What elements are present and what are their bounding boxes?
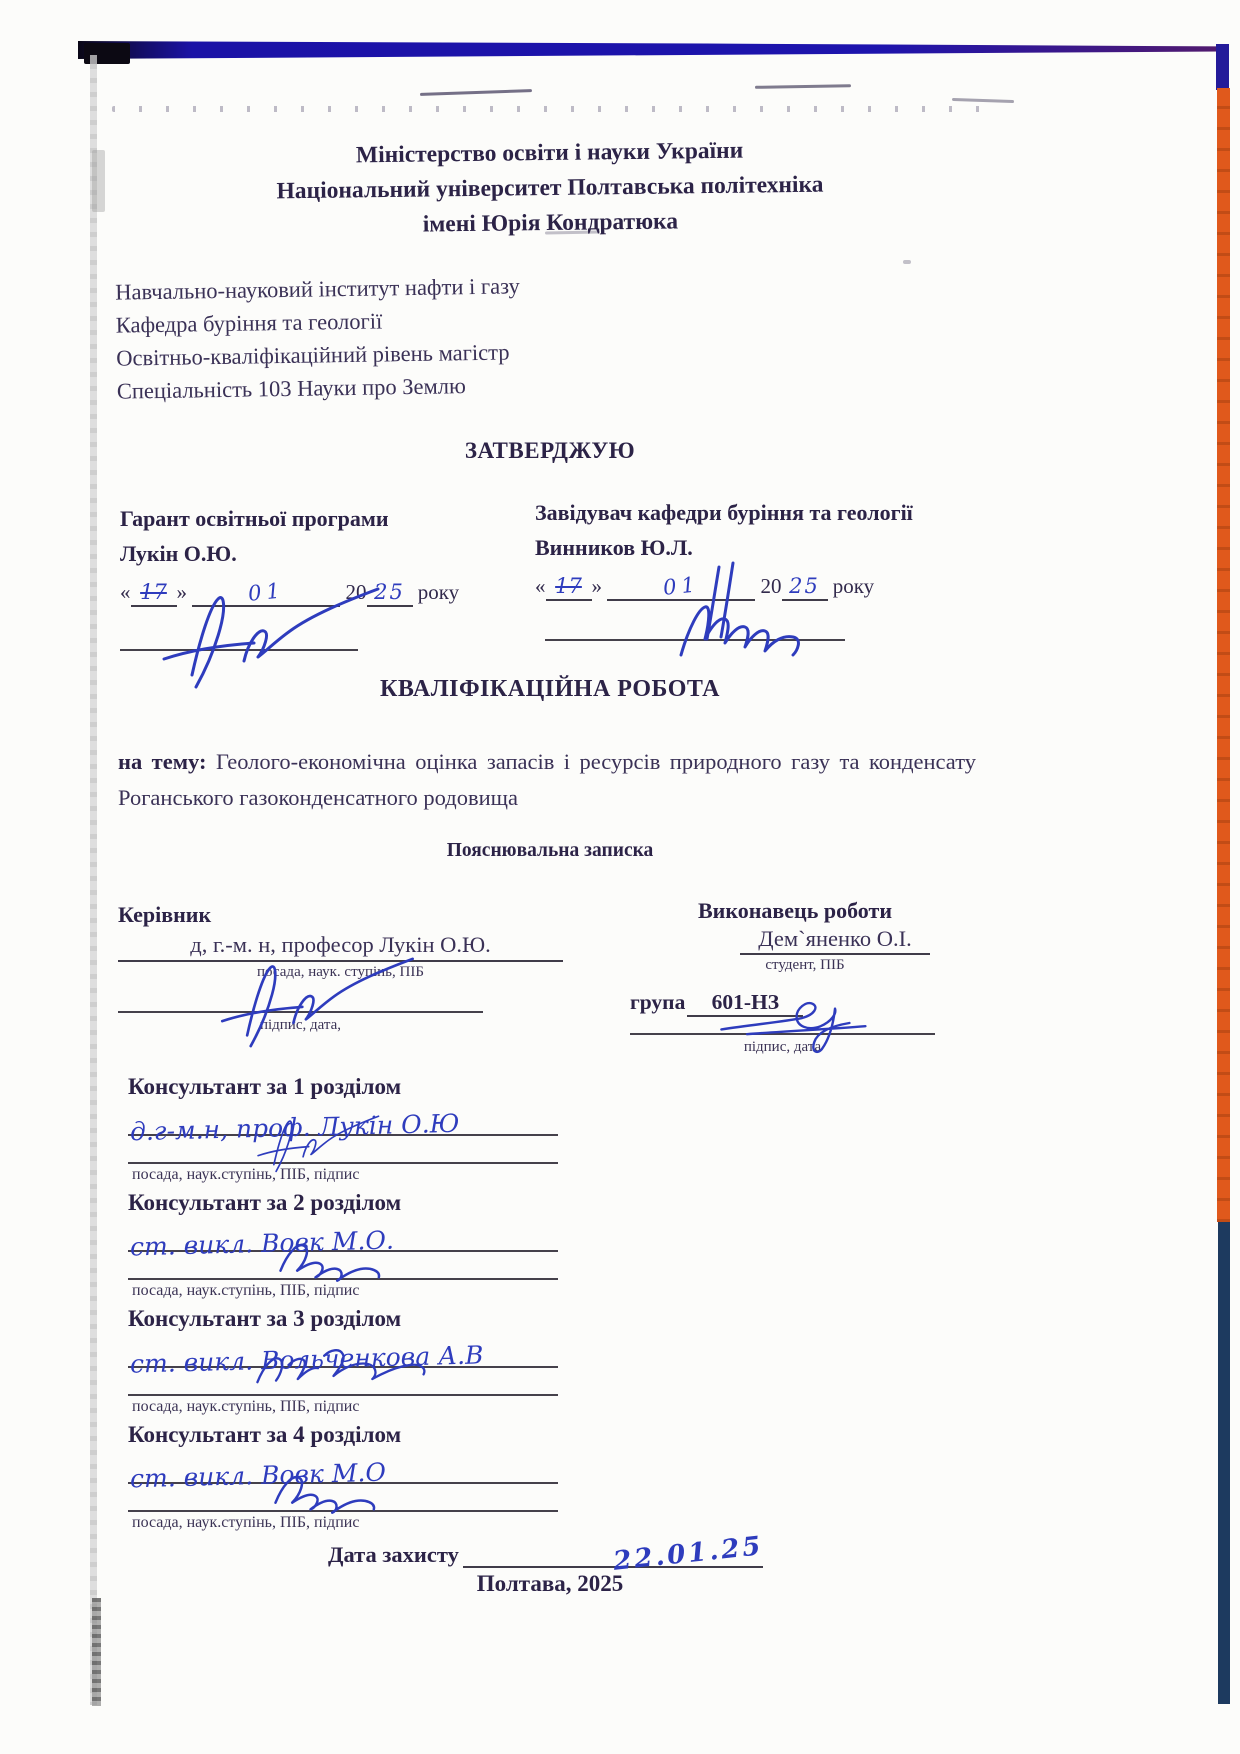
- quote-open: «: [535, 574, 546, 598]
- theme-text: Геолого-економічна оцінка запасів і ресу…: [118, 749, 976, 810]
- defense-date-label: Дата захисту: [328, 1542, 459, 1568]
- scan-noise-ticks: [112, 106, 992, 112]
- consultant-2-label: Консультант за 2 розділом: [128, 1188, 558, 1218]
- institute-info: Навчально-науковий інститут нафти і газу…: [115, 264, 837, 407]
- handwritten-defense-date: 22.01.25: [612, 1531, 765, 1577]
- theme-label: на тему:: [118, 749, 206, 774]
- scan-right-strip-blue: [1216, 44, 1229, 90]
- consultant-1-signature: [228, 1114, 403, 1168]
- year-word: року: [833, 574, 874, 598]
- guarantor-signature-line: [120, 649, 358, 651]
- guarantor-title: Гарант освітньої програми: [120, 506, 520, 532]
- executor-label: Виконавець роботи: [630, 898, 960, 924]
- consultant-1-block: Консультант за 1 розділом д.г-м.н, проф.…: [128, 1072, 558, 1185]
- department-head-block: Завідувач кафедри буріння та геології Ви…: [535, 500, 995, 641]
- consultant-2-signature: [263, 1234, 403, 1284]
- consultants-section: Консультант за 1 розділом д.г-м.н, проф.…: [128, 1060, 558, 1536]
- executor-block: Виконавець роботи Дем`яненко О.І. студен…: [630, 898, 960, 1056]
- city-year-footer: Полтава, 2025: [60, 1571, 1040, 1597]
- work-title: КВАЛІФІКАЦІЙНА РОБОТА: [60, 676, 1040, 703]
- department-head-signature-line: [545, 639, 845, 641]
- scan-smudge: [903, 260, 911, 264]
- year-word: року: [418, 580, 459, 604]
- executor-signature: [705, 991, 885, 1055]
- scan-right-strip-navy: [1218, 1222, 1230, 1704]
- consultant-3-signature: [223, 1334, 458, 1400]
- consultant-1-label: Консультант за 1 розділом: [128, 1072, 558, 1102]
- scanned-title-page: Міністерство освіти і науки України Наці…: [0, 0, 1240, 1754]
- scan-top-bar-artifact: [78, 41, 1220, 59]
- guarantor-signature: [148, 585, 384, 681]
- executor-signature-line: [630, 1033, 935, 1035]
- consultant-4-signature-line: [128, 1484, 558, 1512]
- scan-right-strip-orange: [1217, 88, 1230, 1222]
- consultant-4-label: Консультант за 4 розділом: [128, 1420, 558, 1450]
- theme-paragraph: на тему: Геолого-економічна оцінка запас…: [118, 744, 976, 816]
- supervisor-signature-line: [118, 1011, 483, 1013]
- quote-open: «: [120, 580, 131, 604]
- approve-heading: ЗАТВЕРДЖУЮ: [60, 438, 1040, 464]
- consultant-4-block: Консультант за 4 розділом ст. викл. Вовк…: [128, 1420, 558, 1533]
- consultant-4-signature: [258, 1466, 398, 1516]
- document-header: Міністерство освіти і науки України Наці…: [59, 130, 1040, 247]
- scan-smudge: [952, 98, 1014, 103]
- department-head-title: Завідувач кафедри буріння та геології: [535, 500, 995, 526]
- guarantor-block: Гарант освітньої програми Лукін О.Ю. «17…: [120, 506, 520, 651]
- consultant-2-block: Консультант за 2 розділом ст. викл. Вовк…: [128, 1188, 558, 1301]
- supervisor-signature: [208, 955, 418, 1041]
- department-head-signature: [655, 561, 825, 671]
- group-label: група: [630, 990, 685, 1014]
- defense-date-row: Дата захисту 22.01.25: [328, 1538, 763, 1568]
- guarantor-name: Лукін О.Ю.: [120, 541, 520, 567]
- consultant-3-label: Консультант за 3 розділом: [128, 1304, 558, 1334]
- handwritten-day: 17: [555, 574, 582, 598]
- consultant-3-block: Консультант за 3 розділом ст. викл. Воль…: [128, 1304, 558, 1417]
- consultant-1-signature-line: [128, 1136, 558, 1164]
- explanatory-note-subtitle: Пояснювальна записка: [60, 840, 1040, 862]
- scan-smudge: [420, 89, 532, 96]
- consultant-3-signature-line: [128, 1368, 558, 1396]
- day-field: 17: [546, 574, 592, 601]
- supervisor-block: Керівник д, г.-м. н, професор Лукін О.Ю.…: [118, 902, 588, 1034]
- department-head-name: Винников Ю.Л.: [535, 535, 995, 561]
- executor-person-caption: студент, ПІБ: [690, 957, 920, 974]
- executor-name-line: Дем`яненко О.І.: [740, 926, 930, 955]
- quote-close: »: [592, 574, 603, 598]
- consultant-2-signature-line: [128, 1252, 558, 1280]
- scan-left-strip: [90, 55, 97, 1705]
- supervisor-label: Керівник: [118, 902, 588, 928]
- scan-smudge: [755, 84, 851, 89]
- scan-left-strip-dark: [92, 1598, 101, 1706]
- defense-date-field: 22.01.25: [463, 1538, 763, 1568]
